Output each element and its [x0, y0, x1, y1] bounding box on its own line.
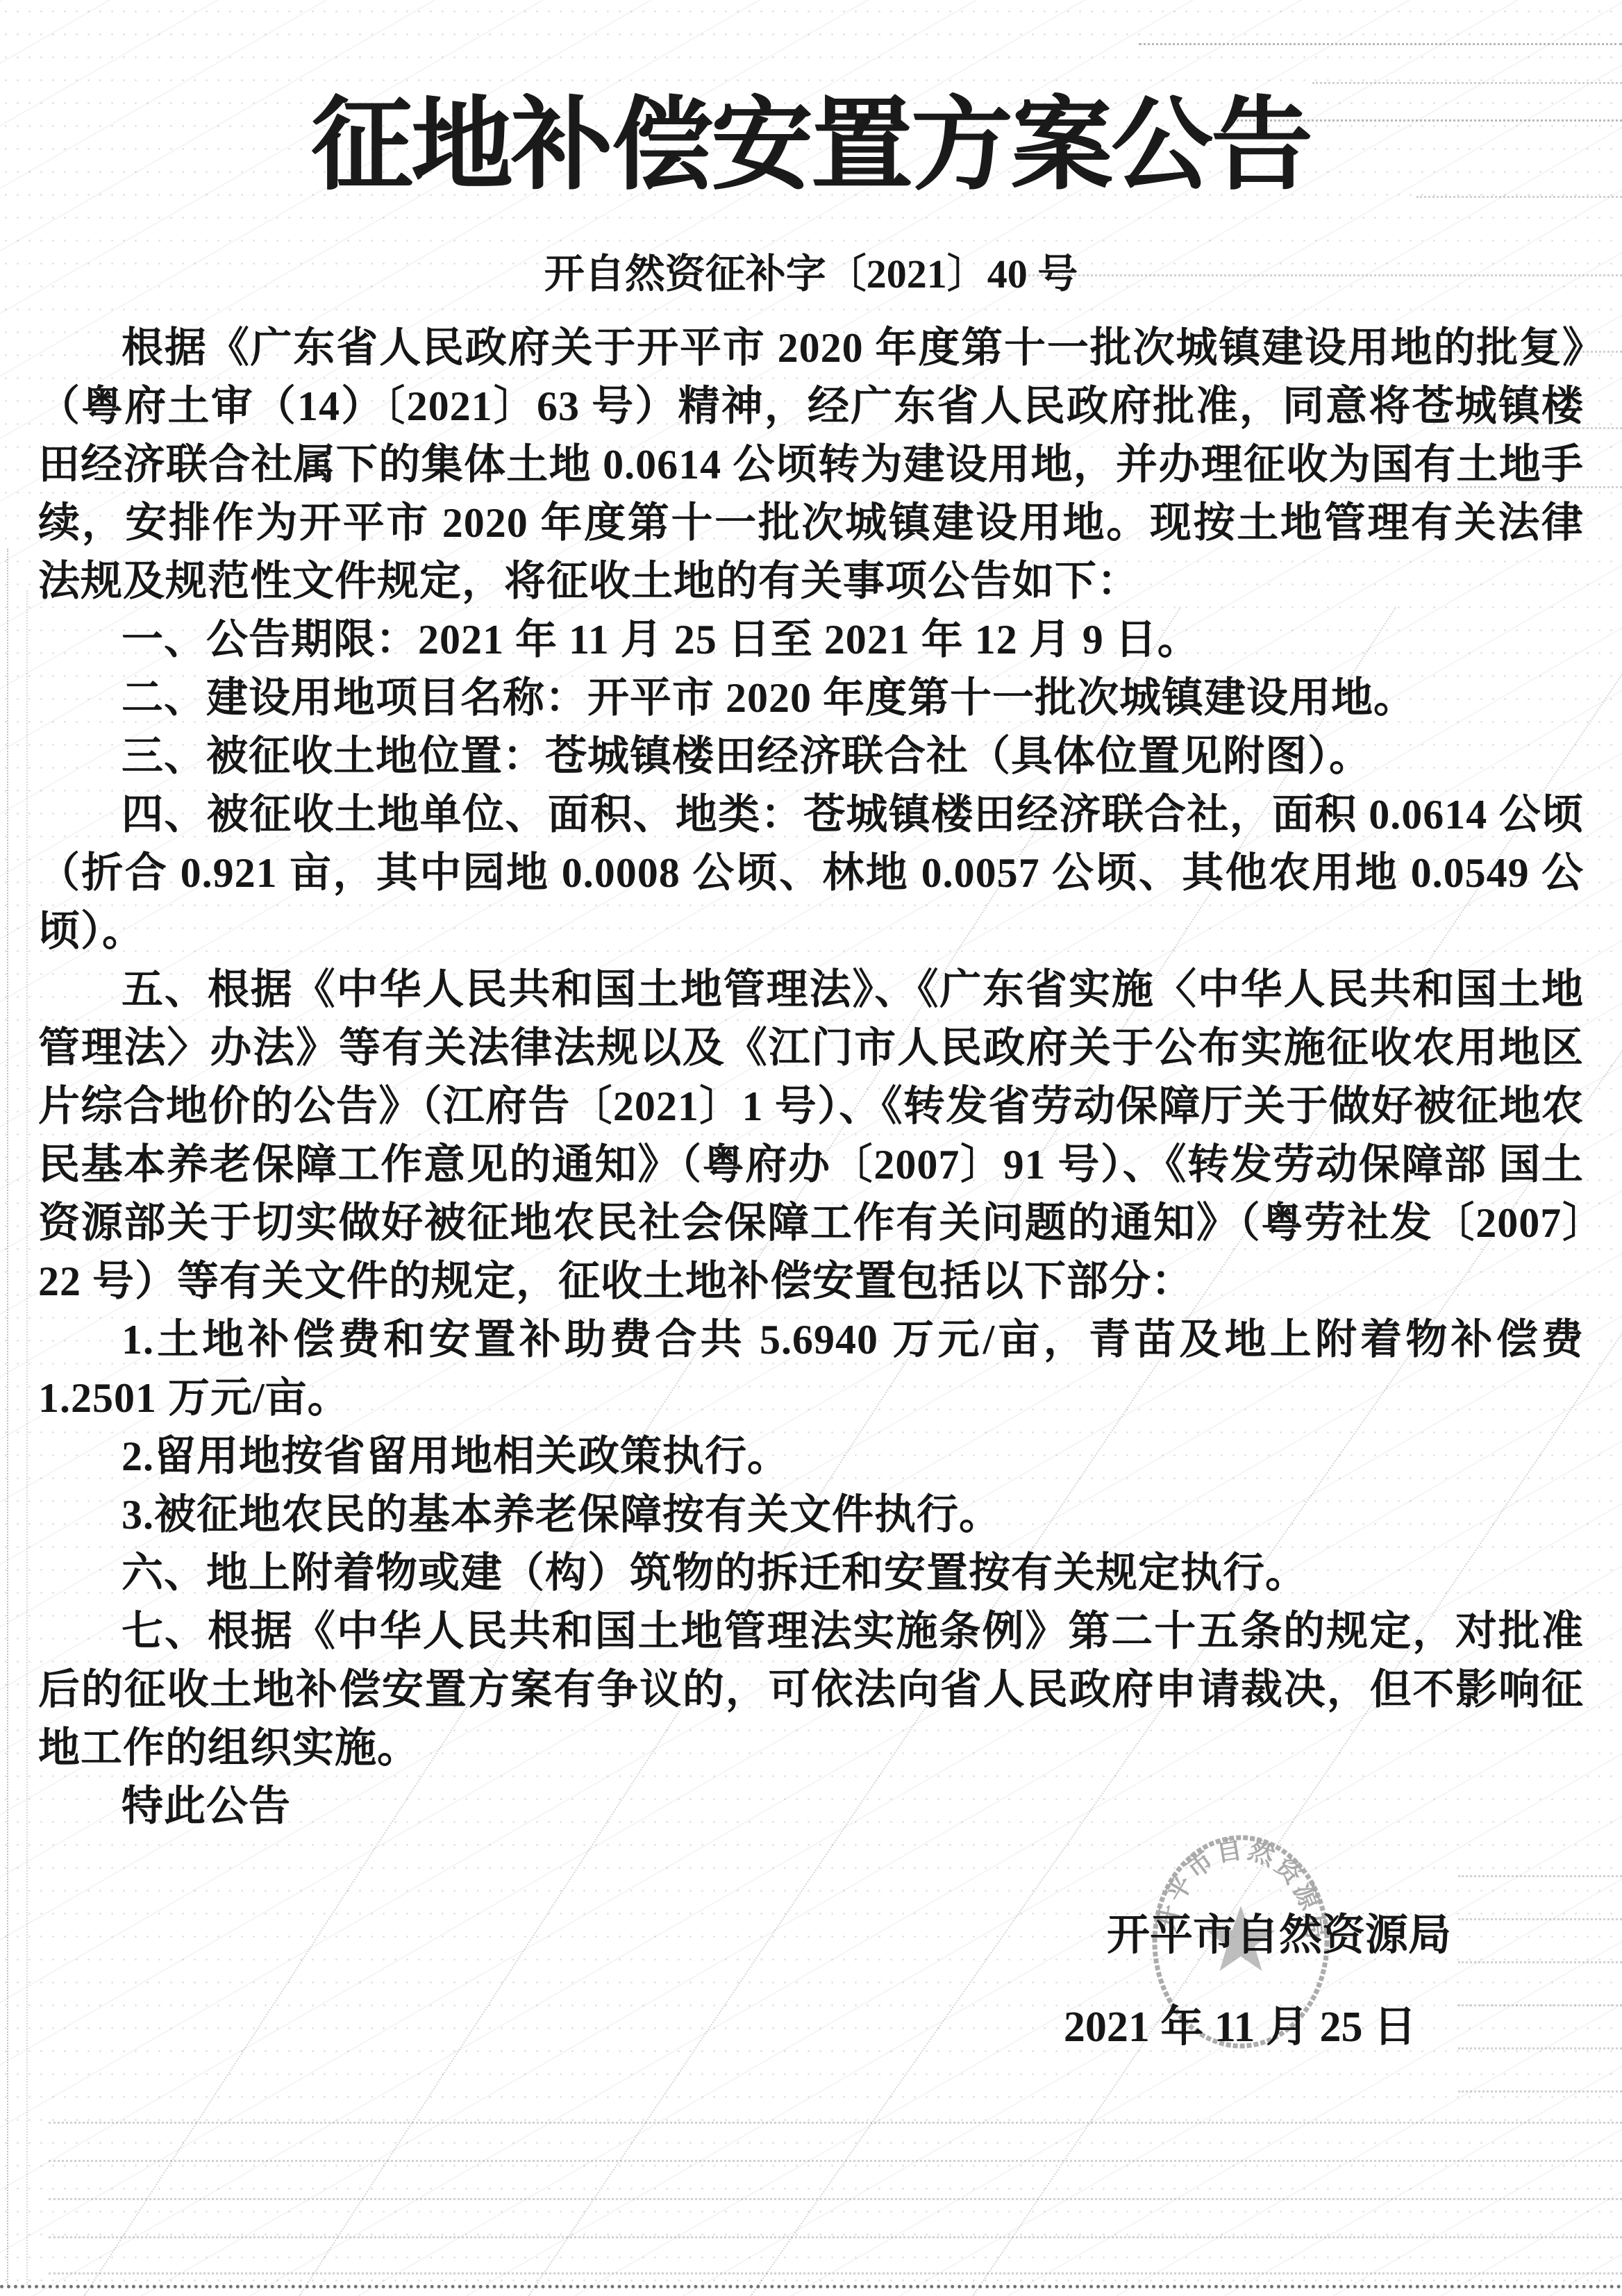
paragraph-item-2: 二、建设用地项目名称：开平市 2020 年度第十一批次城镇建设用地。	[38, 669, 1584, 727]
scan-artifact-line	[1458, 1918, 1622, 1920]
scan-artifact-line	[1139, 43, 1622, 45]
scan-artifact-line	[1416, 196, 1622, 198]
paragraph-item-1: 一、公告期限：2021 年 11 月 25 日至 2021 年 12 月 9 日…	[38, 610, 1584, 669]
scan-artifact-line	[49, 2122, 1622, 2124]
paragraph-item-4: 四、被征收土地单位、面积、地类：苍城镇楼田经济联合社，面积 0.0614 公顷（…	[38, 785, 1584, 960]
scan-artifact-line	[1458, 2090, 1622, 2093]
page-title: 征地补偿安置方案公告	[28, 82, 1594, 209]
scan-artifact-vline	[26, 590, 28, 2285]
paragraph-item-6: 六、地上附着物或建（构）筑物的拆迁和安置按有关规定执行。	[38, 1544, 1584, 1602]
paragraph-intro: 根据《广东省人民政府关于开平市 2020 年度第十一批次城镇建设用地的批复》（粤…	[38, 319, 1584, 610]
paragraph-item-3: 三、被征收土地位置：苍城镇楼田经济联合社（具体位置见附图）。	[38, 727, 1584, 785]
paragraph-closing: 特此公告	[38, 1777, 1584, 1836]
scan-artifact-line	[1312, 82, 1622, 84]
paragraph-item-7: 七、根据《中华人民共和国土地管理法实施条例》第二十五条的规定，对批准后的征收土地…	[38, 1602, 1584, 1777]
document-number: 开自然资征补字〔2021〕40 号	[0, 241, 1622, 299]
paragraph-item-5-3: 3.被征地农民的基本养老保障按有关文件执行。	[38, 1486, 1584, 1544]
issue-date: 2021 年 11 月 25 日	[1064, 1992, 1416, 2054]
scan-artifact-vline	[7, 549, 8, 2285]
scan-artifact-line	[49, 2160, 1622, 2162]
scanned-document-page: 征地补偿安置方案公告 开自然资征补字〔2021〕40 号 根据《广东省人民政府关…	[0, 0, 1622, 2296]
paragraph-item-5: 五、根据《中华人民共和国土地管理法》、《广东省实施〈中华人民共和国土地管理法〉办…	[38, 960, 1584, 1311]
scan-artifact-line	[1340, 486, 1622, 488]
scan-edge-line	[0, 2285, 1622, 2288]
issuing-agency: 开平市自然资源局	[1107, 1900, 1451, 1962]
scan-artifact-line	[1458, 1875, 1622, 1877]
scan-artifact-line	[1229, 119, 1622, 122]
scan-artifact-line	[49, 2198, 1622, 2200]
scan-artifact-line	[49, 2272, 1622, 2274]
paragraph-item-5-1: 1.土地补偿费和安置补助费合共 5.6940 万元/亩，青苗及地上附着物补偿费 …	[38, 1311, 1584, 1427]
announcement-body: 根据《广东省人民政府关于开平市 2020 年度第十一批次城镇建设用地的批复》（粤…	[38, 319, 1584, 1836]
scan-artifact-line	[1437, 427, 1622, 429]
scan-artifact-line	[1291, 351, 1622, 353]
scan-artifact-line	[1458, 2004, 1622, 2006]
scan-artifact-line	[1021, 274, 1622, 276]
scan-artifact-line	[1458, 2047, 1622, 2049]
scan-artifact-line	[49, 2236, 1622, 2238]
scan-artifact-line	[1458, 1961, 1622, 1963]
